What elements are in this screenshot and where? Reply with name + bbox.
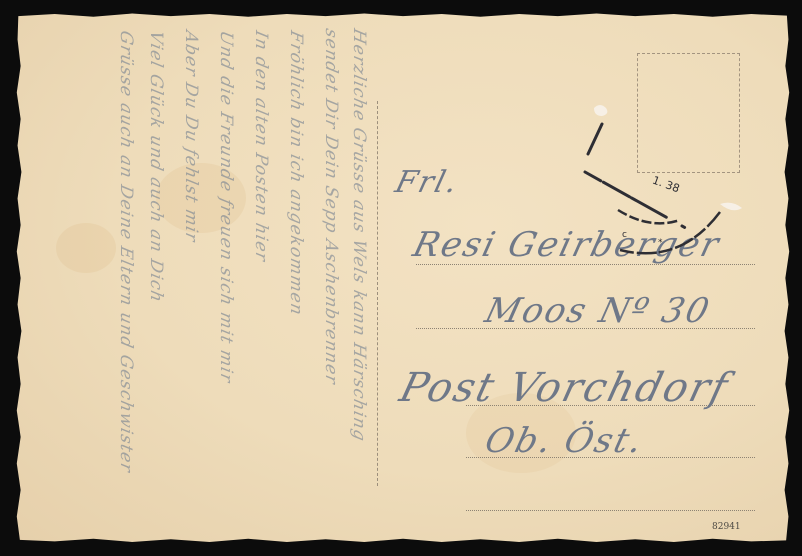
message-line-2: sendet Dir Dein Sepp Aschenbrenner [321, 27, 341, 387]
message-line-6: Aber Du Du fehlst mir [181, 29, 201, 244]
message-line-3: Fröhlich bin ich angekommen [286, 29, 306, 318]
postmark-letter: c [622, 230, 627, 240]
message-line-4: In den alten Posten hier [251, 29, 271, 264]
vertical-divider [377, 101, 378, 486]
paper-stain [56, 223, 116, 273]
postmark: 1. 38 c * [560, 100, 760, 260]
postcard-back: Herzliche Grüsse aus Wels kann Härsching… [16, 13, 790, 543]
message-line-8: Grüsse auch an Deine Eltern und Geschwis… [116, 29, 136, 475]
print-number: 82941 [712, 522, 741, 532]
address-town: Post Vorchdorf [395, 365, 733, 411]
address-salutation: Frl. [392, 165, 463, 200]
address-region: Ob. Öst. [481, 421, 648, 461]
message-line-1: Herzliche Grüsse aus Wels kann Härsching [349, 27, 369, 444]
address-line-5 [466, 510, 755, 511]
message-line-5: Und die Freunde freuen sich mit mir [216, 29, 236, 385]
message-line-7: Viel Glück und auch an Dich [146, 29, 166, 305]
address-street: Moos Nº 30 [481, 291, 715, 331]
postmark-star: * [658, 238, 663, 248]
